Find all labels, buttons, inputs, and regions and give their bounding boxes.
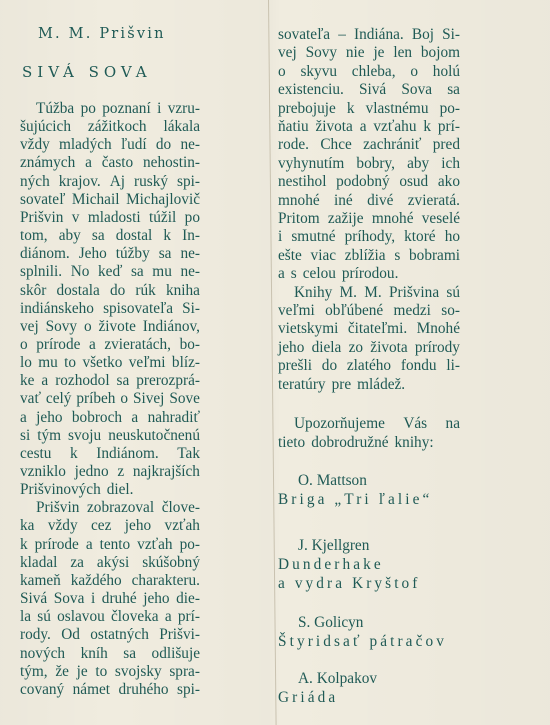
right-column-line: prebojujekvlastnémupo- xyxy=(278,100,460,118)
right-column-line: KnihyM.M.Prišvinasú xyxy=(294,284,460,302)
recommendation-line: UpozorňujemeVásna xyxy=(294,415,460,433)
left-column-line: kprírodeatentovzťahpo- xyxy=(20,536,200,554)
left-column-line: kameňkaždéhocharakteru. xyxy=(20,572,200,590)
right-column-line: existenciu.SiváSovasa xyxy=(278,81,460,99)
left-column-line: tým,žejetosvojskyspra- xyxy=(20,663,200,681)
left-column-line: skôrdostaladorúkkniha xyxy=(20,282,200,300)
left-column-line: novýchkníhsaodlišuje xyxy=(20,645,200,663)
left-column-line: vaťcelýpríbehoSivejSove xyxy=(20,390,200,408)
right-column-line: oskyvuchleba,oholú xyxy=(278,63,460,81)
left-column-line: známychačastonehostin- xyxy=(20,154,200,172)
right-column-line: prešlidozlatéhofonduli- xyxy=(278,357,460,375)
left-column-line: kearozhodolsaprerozprá- xyxy=(20,372,200,390)
left-column-line: šujúcichzážitkochlákala xyxy=(20,118,200,136)
right-column-line: rode.Chcezachrániťpred xyxy=(278,136,460,154)
right-column-line: vejSovyniejelenbojom xyxy=(278,44,460,62)
recommendation-line: tietodobrodružnéknihy: xyxy=(278,434,460,452)
left-column-line: rody.OdostatnýchPrišvi- xyxy=(20,626,200,644)
left-column-line: indiánskehospisovateľaSi- xyxy=(20,300,200,318)
right-column-line: jehodielazoživotaprírody xyxy=(278,339,460,357)
recommended-book-author: A. Kolpakov xyxy=(298,670,377,688)
left-column-line: cestukIndiánom.Tak xyxy=(20,445,200,463)
left-column-line: tom,abysadostalkIn- xyxy=(20,227,200,245)
left-column-line: vzniklojednoznajkrajších xyxy=(20,463,200,481)
recommended-book-title: Dunderhake xyxy=(278,556,384,574)
right-column-line: ňatiuživotaavzťahukprí- xyxy=(278,118,460,136)
left-column-line: vždymladýchľudídone- xyxy=(20,136,200,154)
recommended-book-title: Briga „Tri ľalie“ xyxy=(278,491,432,509)
left-column-line: Prišvinvmladostitúžilpo xyxy=(20,209,200,227)
left-column-line: vejSovyoživoteIndiánov, xyxy=(20,318,200,336)
right-column-line: vyhynutímbobry,abyich xyxy=(278,155,460,173)
left-column-line: sitýmsvojuneuskutočnenú xyxy=(20,427,200,445)
left-column-line: sovateľMichailMichajlovič xyxy=(20,191,200,209)
right-column-line: ascelouprírodou. xyxy=(278,265,460,283)
right-column-line: veľmiobľúbenémedziso- xyxy=(278,302,460,320)
recommended-book-author: S. Golicyn xyxy=(298,614,363,632)
recommended-book-title: Štyridsať pátračov xyxy=(278,633,447,651)
right-column-line: nestiholpodobnýosudako xyxy=(278,173,460,191)
right-column-line: vietskymičitateľmi.Mnohé xyxy=(278,320,460,338)
left-column-line: oprírodeazvieratách,bo- xyxy=(20,336,200,354)
left-column-line: kavždycezjehovzťah xyxy=(20,517,200,535)
author-heading: M. M. Prišvin xyxy=(38,26,166,42)
left-column-line: covanýnámetdruhéhospi- xyxy=(20,681,200,699)
left-column-line: splnili.Nokeďsamune- xyxy=(20,263,200,281)
right-column-line: ešteviaczblížiasbobrami xyxy=(278,247,460,265)
left-column-line: Prišvinzobrazovalčlove- xyxy=(36,499,200,517)
right-column-line: teratúrypremládež. xyxy=(278,376,460,394)
left-column-line: Prišvinovýchdiel. xyxy=(20,481,200,499)
left-column-line: lasúoslavoučlovekaaprí- xyxy=(20,608,200,626)
left-column-line: SiváSovaidruhéjehodie- xyxy=(20,590,200,608)
book-title-heading: SIVÁ SOVA xyxy=(22,63,152,81)
right-column-line: sovateľa–Indiána.BojSi- xyxy=(278,26,460,44)
recommended-book-title: Griáda xyxy=(278,689,338,707)
recommended-book-author: J. Kjellgren xyxy=(298,537,369,555)
left-column-line: Túžbapopoznaníivzru- xyxy=(36,100,200,118)
recommended-book-author: O. Mattson xyxy=(298,472,367,490)
left-column-line: nýchkrajov.Ajruskýspi- xyxy=(20,173,200,191)
left-column-line: diánom.Jehotúžbysane- xyxy=(20,245,200,263)
page-fold-divider xyxy=(268,0,277,725)
left-column-line: lomutovšetkoveľmiblíz- xyxy=(20,354,200,372)
right-column-line: Pritomzažijemnohéveselé xyxy=(278,210,460,228)
left-column-line: ajehobobrochanahradiť xyxy=(20,409,200,427)
right-column-line: mnohéinédivézvieratá. xyxy=(278,192,460,210)
recommended-book-title: a vydra Kryštof xyxy=(278,575,421,593)
printed-leaflet-page: M. M. Prišvin SIVÁ SOVA Túžbapopoznaníiv… xyxy=(0,0,550,725)
left-column-line: kladalzaakýsiskúšobný xyxy=(20,554,200,572)
right-column-line: ismutnépríhody,ktorého xyxy=(278,228,460,246)
